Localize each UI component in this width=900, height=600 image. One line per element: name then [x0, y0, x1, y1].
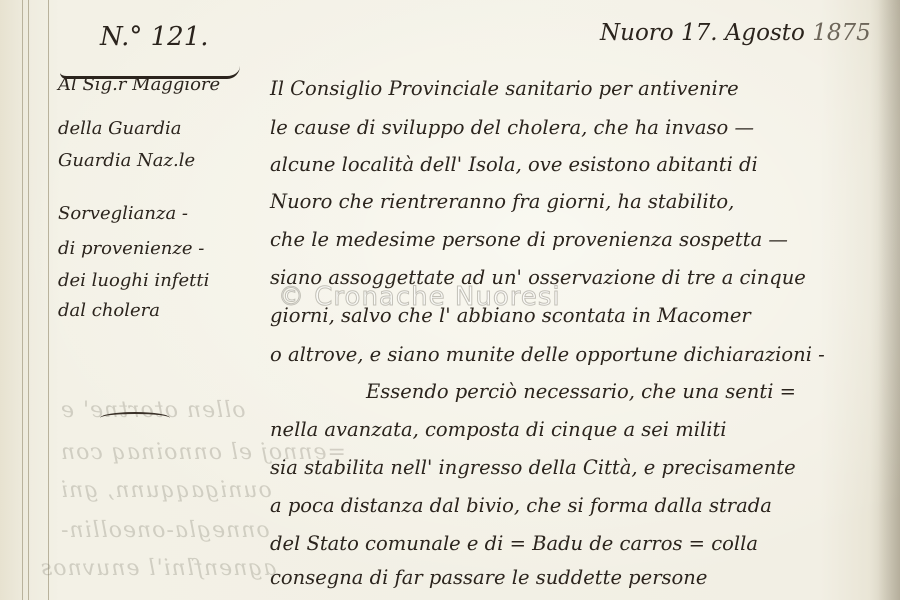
dateline-place-date: Nuoro 17. Agosto: [600, 20, 805, 46]
binding-edge-line: [28, 0, 29, 600]
document-number: N.° 121.: [100, 22, 209, 52]
body-text-line: consegna di far passare le suddette pers…: [270, 566, 707, 589]
margin-note-line: della Guardia: [58, 118, 181, 139]
body-text-line: del Stato comunale e di = Badu de carros…: [270, 532, 758, 555]
body-text-line: o altrove, e siano munite delle opportun…: [270, 343, 825, 366]
margin-rule-line: [48, 0, 49, 600]
body-text-line: nella avanzata, composta di cinque a sei…: [270, 418, 727, 441]
body-text-line: le cause di sviluppo del cholera, che ha…: [270, 116, 754, 139]
body-text-line: Nuoro che rientreranno fra giorni, ha st…: [270, 190, 734, 213]
body-text-line: sia stabilita nell' ingresso della Città…: [270, 456, 796, 479]
body-text-line: Il Consiglio Provinciale sanitario per a…: [270, 77, 739, 100]
margin-note-line: di provenienze -: [58, 238, 204, 259]
margin-note-line: dei luoghi infetti: [58, 270, 209, 291]
bleed-through-text: onnegla-oneollin-: [60, 518, 270, 543]
dateline-year: 1875: [812, 20, 871, 46]
body-text-line: Essendo perciò necessario, che una senti…: [366, 380, 796, 403]
body-text-line: che le medesime persone di provenienza s…: [270, 228, 788, 251]
manuscript-page: ollen otortne' e =ennoj el onnoinaq con …: [0, 0, 900, 600]
margin-note-line: dal cholera: [58, 300, 160, 321]
body-text-line: alcune località dell' Isola, ove esiston…: [270, 153, 758, 176]
margin-flourish: [100, 412, 170, 424]
body-text-line: a poca distanza dal bivio, che si forma …: [270, 494, 772, 517]
margin-note-line: Guardia Naz.le: [58, 150, 195, 171]
margin-note-line: Sorveglianza -: [58, 203, 188, 224]
binding-edge-line: [22, 0, 23, 600]
page-gutter-shadow: [878, 0, 900, 600]
bleed-through-text: agnenflni'l enuvnos: [40, 556, 277, 581]
copyright-watermark: © Cronache Nuoresi: [278, 282, 561, 312]
bleed-through-text: ounigaqqunn, gni: [60, 478, 272, 503]
margin-note-line: Al Sig.r Maggiore: [58, 74, 220, 95]
dateline: Nuoro 17. Agosto 1875: [600, 20, 871, 46]
